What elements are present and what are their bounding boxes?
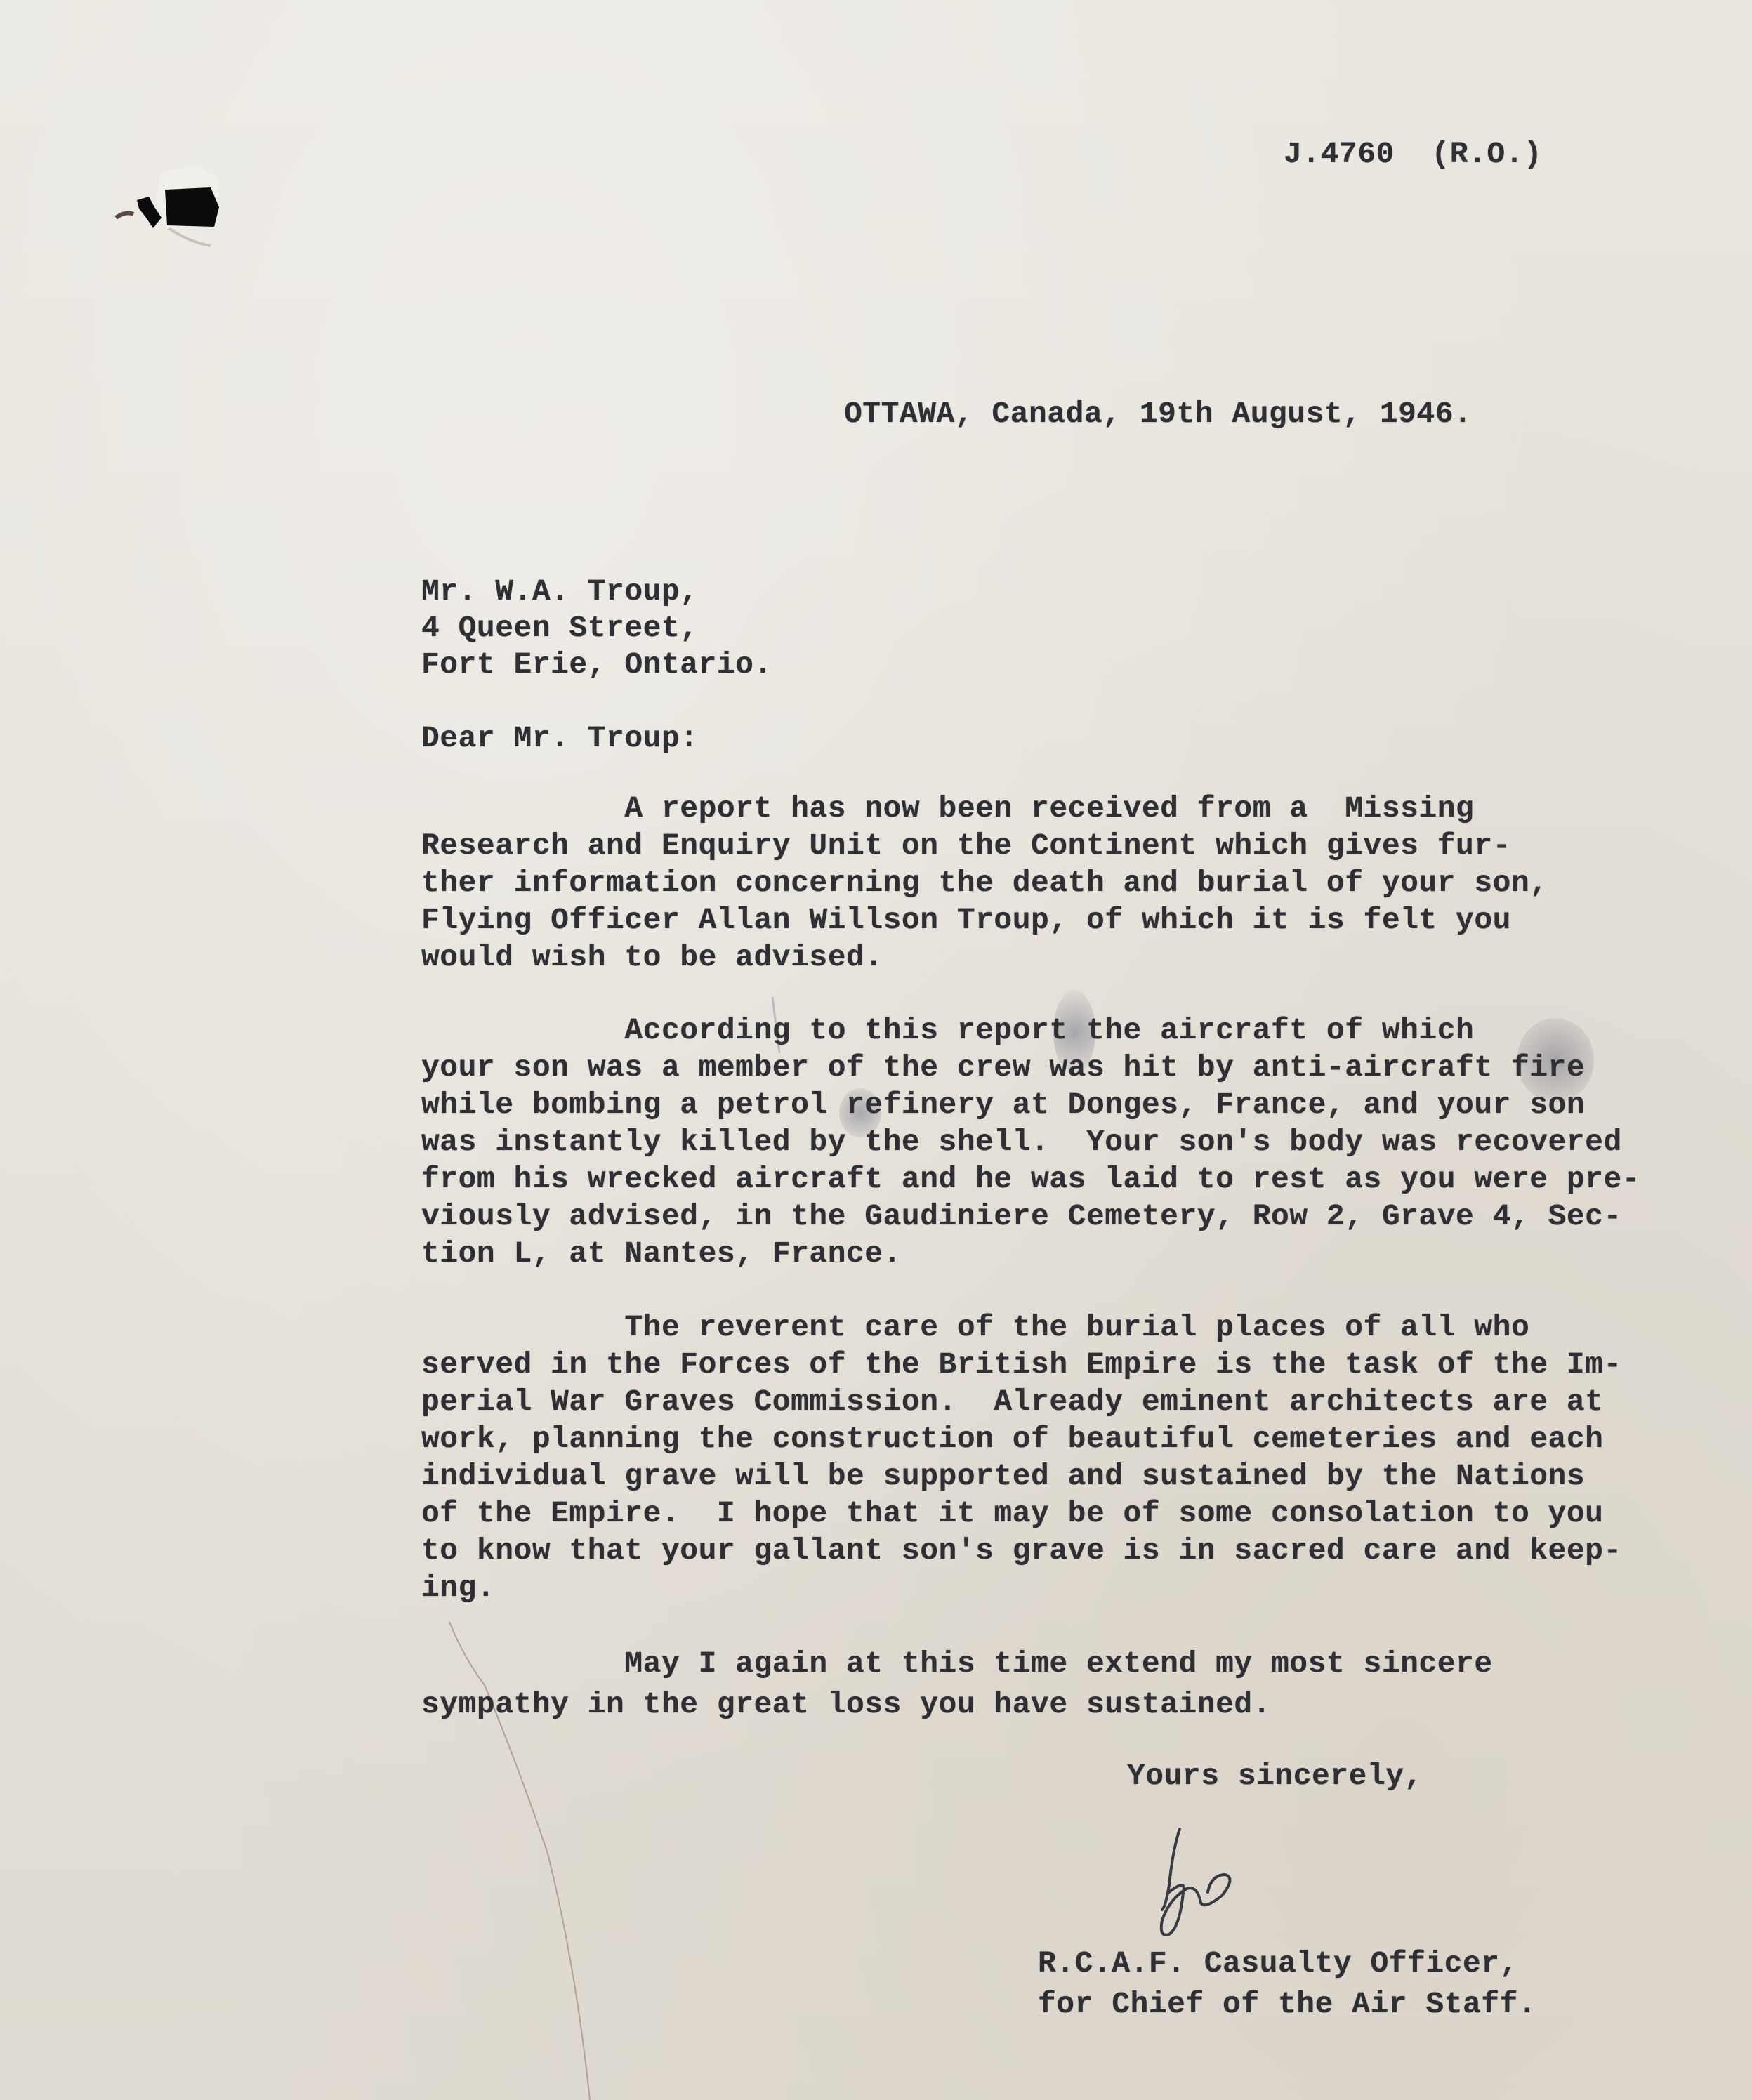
paragraph-2-line: viously advised, in the Gaudiniere Cemet… [421, 1199, 1622, 1234]
paragraph-1-line: ther information concerning the death an… [421, 866, 1548, 900]
recipient-name: Mr. W.A. Troup, [421, 574, 699, 609]
dateline: OTTAWA, Canada, 19th August, 1946. [844, 397, 1472, 431]
paragraph-2-line: from his wrecked aircraft and he was lai… [421, 1162, 1640, 1196]
paragraph-1-line: Flying Officer Allan Willson Troup, of w… [421, 903, 1511, 937]
closing: Yours sincerely, [1127, 1759, 1423, 1793]
paragraph-3-line: individual grave will be supported and s… [421, 1459, 1585, 1493]
signature-icon [1131, 1822, 1271, 1948]
paragraph-3-line: perial War Graves Commission. Already em… [421, 1385, 1603, 1419]
paragraph-2-line: tion L, at Nantes, France. [421, 1236, 902, 1271]
paragraph-3-line: to know that your gallant son's grave is… [421, 1533, 1622, 1568]
paragraph-2-line: According to this report the aircraft of… [421, 1013, 1474, 1048]
paragraph-2-line: while bombing a petrol refinery at Donge… [421, 1088, 1585, 1122]
paragraph-1-line: Research and Enquiry Unit on the Contine… [421, 828, 1511, 863]
paragraph-3-line: ing. [421, 1571, 495, 1605]
signatory-title: R.C.A.F. Casualty Officer, [1038, 1946, 1518, 1981]
paragraph-4-line: sympathy in the great loss you have sust… [421, 1687, 1271, 1722]
paragraph-3-line: served in the Forces of the British Empi… [421, 1347, 1622, 1382]
recipient-city: Fort Erie, Ontario. [421, 647, 772, 682]
torn-hole-icon [112, 158, 239, 249]
paragraph-3-line: of the Empire. I hope that it may be of … [421, 1496, 1603, 1531]
paragraph-2-line: was instantly killed by the shell. Your … [421, 1125, 1622, 1159]
paragraph-3-line: work, planning the construction of beaut… [421, 1422, 1603, 1456]
recipient-street: 4 Queen Street, [421, 611, 699, 645]
reference-number: J.4760 (R.O.) [1284, 137, 1542, 171]
salutation: Dear Mr. Troup: [421, 721, 699, 755]
paragraph-2-line: your son was a member of the crew was hi… [421, 1050, 1585, 1085]
paragraph-3-line: The reverent care of the burial places o… [421, 1310, 1529, 1345]
paragraph-1-line: would wish to be advised. [421, 940, 883, 975]
paragraph-1-line: A report has now been received from a Mi… [421, 791, 1474, 826]
paragraph-4-line: May I again at this time extend my most … [421, 1646, 1493, 1681]
signatory-subtitle: for Chief of the Air Staff. [1038, 1987, 1536, 2021]
